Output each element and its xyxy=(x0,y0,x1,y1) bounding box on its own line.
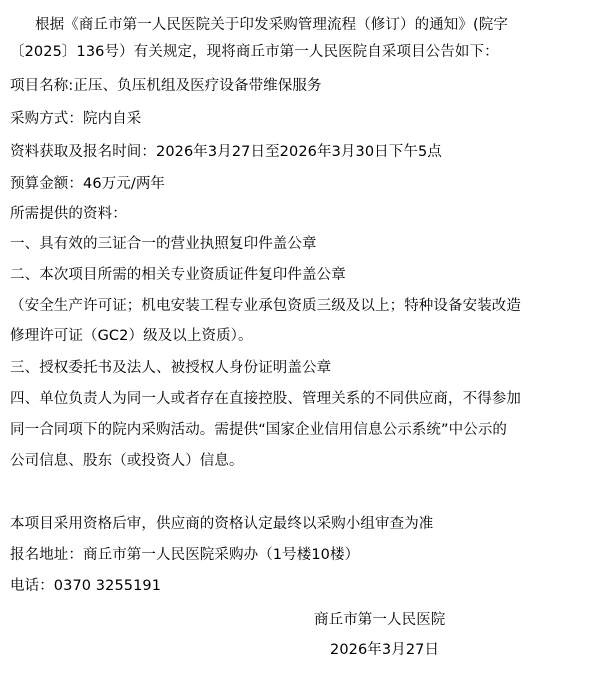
material-item-1: 一、具有效的三证合一的营业执照复印件盖公章 xyxy=(10,234,317,254)
registration-time: 资料获取及报名时间：2026年3月27日至2026年3月30日下午5点 xyxy=(10,142,442,162)
signature-date: 2026年3月27日 xyxy=(330,640,439,660)
intro-line-2: 〔2025〕136号）有关规定，现将商丘市第一人民医院自采项目公告如下： xyxy=(10,42,499,62)
procurement-notice: 根据《商丘市第一人民医院关于印发采购管理流程（修订）的通知》(院字 〔2025〕… xyxy=(0,0,614,677)
budget: 预算金额：46万元/两年 xyxy=(10,174,165,194)
material-item-3: 三、授权委托书及法人、被授权人身份证明盖公章 xyxy=(10,358,331,378)
procurement-method: 采购方式：院内自采 xyxy=(10,109,141,129)
material-item-4-line-1: 四、单位负责人为同一人或者存在直接控股、管理关系的不同供应商，不得参加 xyxy=(10,389,521,409)
material-item-2-detail-1: （安全生产许可证；机电安装工程专业承包资质三级及以上；特种设备安装改造 xyxy=(10,296,521,316)
material-item-4-line-3: 公司信息、股东（或投资人）信息。 xyxy=(10,451,244,471)
signature-organization: 商丘市第一人民医院 xyxy=(314,610,445,630)
registration-address: 报名地址：商丘市第一人民医院采购办（1号楼10楼） xyxy=(10,545,359,565)
material-item-2-detail-2: 修理许可证（GC2）级及以上资质）。 xyxy=(10,326,253,346)
project-name: 项目名称:正压、负压机组及医疗设备带维保服务 xyxy=(10,76,322,96)
contact-phone: 电话：0370 3255191 xyxy=(10,576,161,596)
material-item-2: 二、本次项目所需的相关专业资质证件复印件盖公章 xyxy=(10,265,346,285)
intro-line-1: 根据《商丘市第一人民医院关于印发采购管理流程（修订）的通知》(院字 xyxy=(35,15,508,35)
material-item-4-line-2: 同一合同项下的院内采购活动。需提供“国家企业信用信息公示系统”中公示的 xyxy=(10,420,507,440)
materials-heading: 所需提供的资料： xyxy=(10,204,127,224)
review-note: 本项目采用资格后审，供应商的资格认定最终以采购小组审查为准 xyxy=(10,514,433,534)
